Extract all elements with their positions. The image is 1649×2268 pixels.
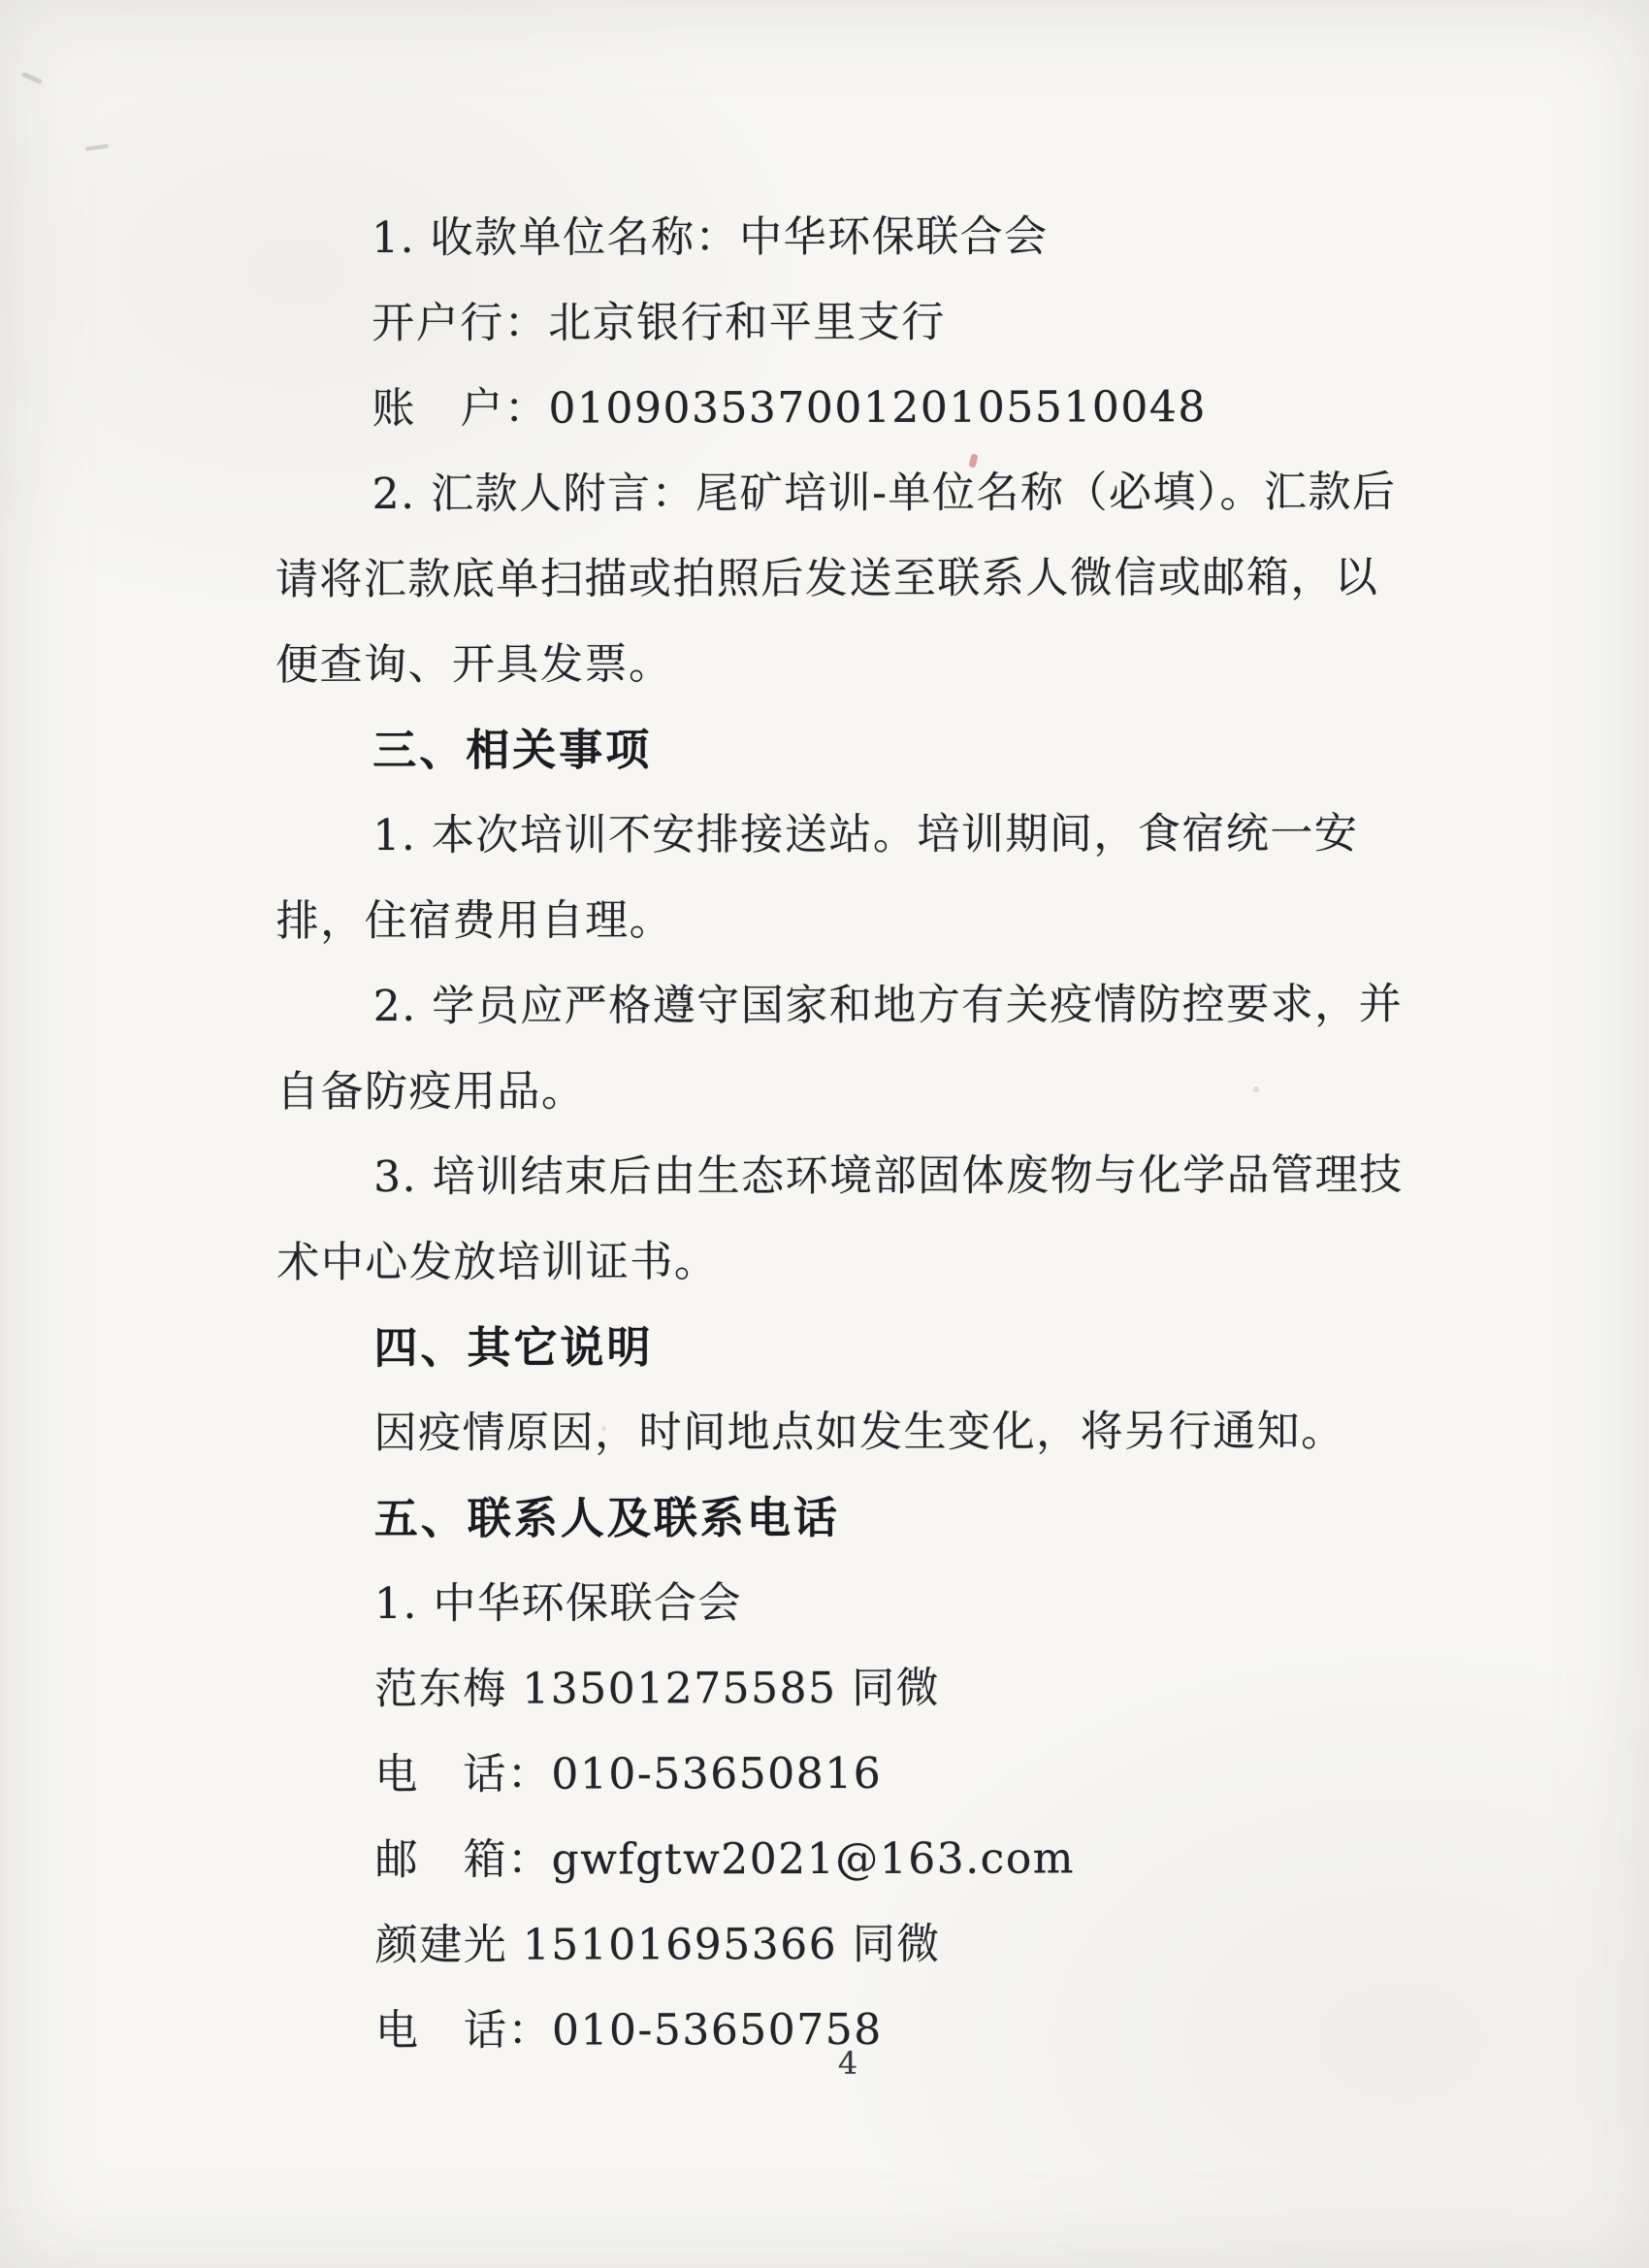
document-line: 2. 汇款人附言：尾矿培训-单位名称（必填）。汇款后: [275, 445, 1381, 533]
document-body: 1. 收款单位名称：中华环保联合会开户行：北京银行和平里支行账 户：010903…: [275, 189, 1384, 2069]
document-line: 自备防疫用品。: [276, 1043, 1382, 1130]
page-number: 4: [0, 2045, 1649, 2082]
document-line: 1. 中华环保联合会: [277, 1555, 1383, 1642]
document-line: 开户行：北京银行和平里支行: [275, 275, 1380, 362]
document-line: 请将汇款底单扫描或拍照后发送至联系人微信或邮箱，以: [275, 531, 1381, 618]
document-line: 范东梅 13501275585 同微: [277, 1640, 1383, 1728]
document-line: 便查询、开具发票。: [275, 616, 1381, 703]
document-line: 颜建光 15101695366 同微: [278, 1896, 1384, 1984]
document-heading: 三、相关事项: [275, 701, 1381, 789]
document-line: 邮 箱：gwfgtw2021@163.com: [277, 1811, 1383, 1898]
document-heading: 五、联系人及联系电话: [277, 1470, 1383, 1557]
document-line: 排，住宿费用自理。: [275, 872, 1381, 959]
scanned-page: 1. 收款单位名称：中华环保联合会开户行：北京银行和平里支行账 户：010903…: [0, 0, 1649, 2268]
document-line: 账 户：01090353700120105510048: [275, 360, 1380, 447]
document-line: 1. 本次培训不安排接送站。培训期间，食宿统一安: [275, 787, 1381, 874]
document-heading: 四、其它说明: [276, 1299, 1382, 1386]
document-line: 3. 培训结束后由生态环境部固体废物与化学品管理技: [276, 1128, 1382, 1215]
document-line: 术中心发放培训证书。: [276, 1214, 1382, 1301]
scan-artifact: [85, 144, 109, 150]
document-line: 2. 学员应严格遵守国家和地方有关疫情防控要求，并: [276, 957, 1382, 1045]
scan-artifact: [21, 72, 43, 85]
document-line: 1. 收款单位名称：中华环保联合会: [275, 189, 1380, 276]
document-line: 电 话：010-53650816: [277, 1726, 1383, 1813]
document-line: 因疫情原因，时间地点如发生变化，将另行通知。: [277, 1384, 1383, 1472]
